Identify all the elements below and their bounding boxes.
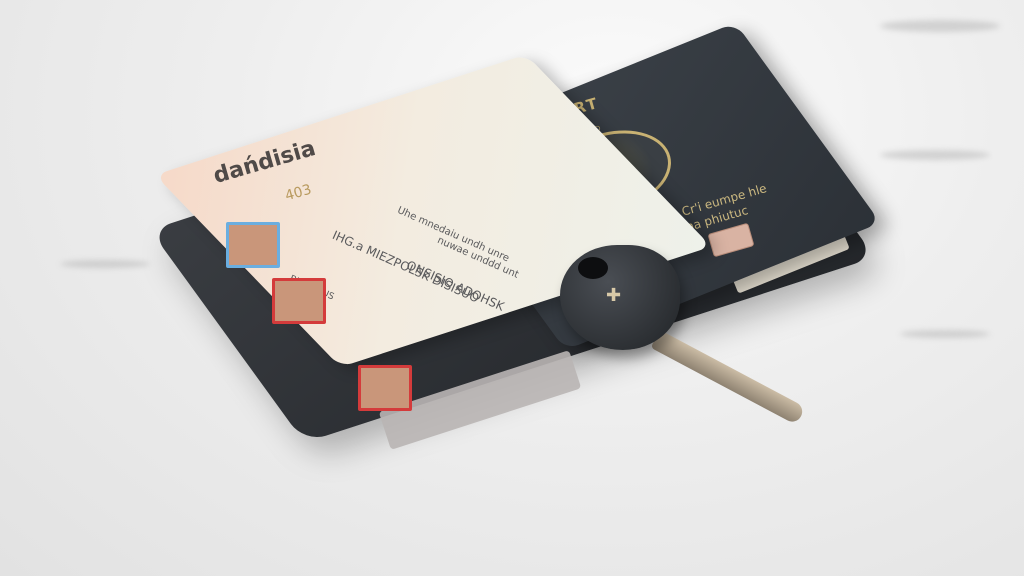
- cross-icon: ✚: [606, 285, 621, 306]
- id-photo: [226, 222, 280, 268]
- marble-vein: [880, 150, 990, 160]
- marble-vein: [900, 330, 990, 338]
- keyring-hole: [578, 257, 608, 279]
- id-photo: [272, 278, 326, 324]
- marble-vein: [880, 20, 1000, 32]
- car-key: ✚: [560, 245, 680, 350]
- key-blade: [651, 330, 806, 425]
- marble-vein: [60, 260, 150, 268]
- id-photo: [358, 365, 412, 411]
